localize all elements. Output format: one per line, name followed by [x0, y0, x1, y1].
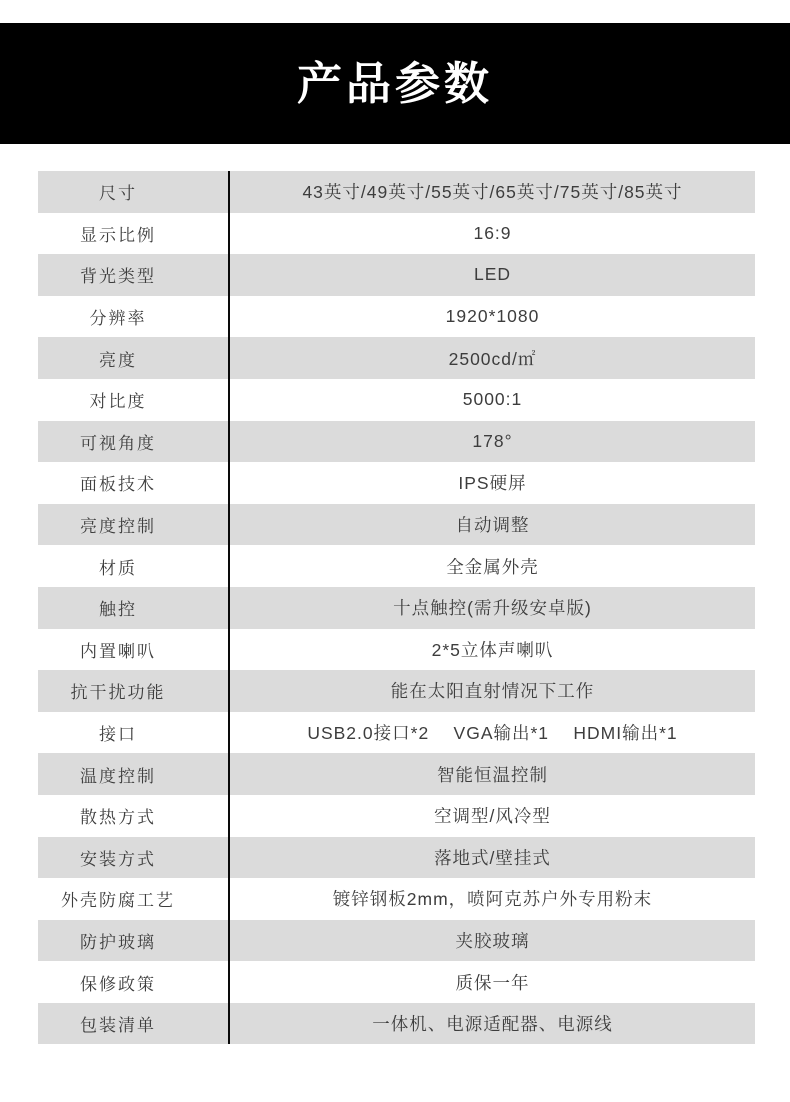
spec-value: 质保一年	[228, 961, 755, 1003]
table-row: 亮度控制自动调整	[38, 504, 755, 546]
table-row: 分辨率1920*1080	[38, 296, 755, 338]
table-row: 材质全金属外壳	[38, 545, 755, 587]
spec-value: 16:9	[228, 213, 755, 255]
table-row: 接口USB2.0接口*2 VGA输出*1 HDMI输出*1	[38, 712, 755, 754]
table-row: 温度控制智能恒温控制	[38, 753, 755, 795]
table-row: 包装清单一体机、电源适配器、电源线	[38, 1003, 755, 1045]
spec-value: IPS硬屏	[228, 462, 755, 504]
spec-label: 触控	[38, 587, 228, 629]
spec-value: 自动调整	[228, 504, 755, 546]
spec-value: 十点触控(需升级安卓版)	[228, 587, 755, 629]
spec-label: 抗干扰功能	[38, 670, 228, 712]
spec-label: 内置喇叭	[38, 629, 228, 671]
spec-value: LED	[228, 254, 755, 296]
table-row: 安装方式落地式/壁挂式	[38, 837, 755, 879]
spec-value: 智能恒温控制	[228, 753, 755, 795]
spec-label: 温度控制	[38, 753, 228, 795]
spec-value: 全金属外壳	[228, 545, 755, 587]
table-row: 可视角度178°	[38, 421, 755, 463]
spec-label: 散热方式	[38, 795, 228, 837]
page-title: 产品参数	[297, 61, 493, 106]
spec-label: 背光类型	[38, 254, 228, 296]
spec-value: 178°	[228, 421, 755, 463]
table-row: 外壳防腐工艺镀锌钢板2mm，喷阿克苏户外专用粉末	[38, 878, 755, 920]
spec-value: 2500cd/㎡	[228, 337, 755, 379]
spec-value: 5000:1	[228, 379, 755, 421]
table-row: 尺寸43英寸/49英寸/55英寸/65英寸/75英寸/85英寸	[38, 171, 755, 213]
spec-label: 显示比例	[38, 213, 228, 255]
spec-label: 可视角度	[38, 421, 228, 463]
spec-value: 镀锌钢板2mm，喷阿克苏户外专用粉末	[228, 878, 755, 920]
title-banner: 产品参数	[0, 23, 790, 144]
table-row: 亮度2500cd/㎡	[38, 337, 755, 379]
spec-label: 分辨率	[38, 296, 228, 338]
spec-label: 安装方式	[38, 837, 228, 879]
table-row: 内置喇叭2*5立体声喇叭	[38, 629, 755, 671]
spec-label: 尺寸	[38, 171, 228, 213]
spec-label: 面板技术	[38, 462, 228, 504]
spec-value: 夹胶玻璃	[228, 920, 755, 962]
table-row: 显示比例16:9	[38, 213, 755, 255]
spec-label: 亮度	[38, 337, 228, 379]
spec-value: 43英寸/49英寸/55英寸/65英寸/75英寸/85英寸	[228, 171, 755, 213]
table-row: 面板技术IPS硬屏	[38, 462, 755, 504]
spec-value: 能在太阳直射情况下工作	[228, 670, 755, 712]
table-row: 背光类型LED	[38, 254, 755, 296]
spec-value: USB2.0接口*2 VGA输出*1 HDMI输出*1	[228, 712, 755, 754]
spec-value: 2*5立体声喇叭	[228, 629, 755, 671]
spec-value: 一体机、电源适配器、电源线	[228, 1003, 755, 1045]
table-row: 保修政策质保一年	[38, 961, 755, 1003]
spec-value: 空调型/风冷型	[228, 795, 755, 837]
table-row: 散热方式空调型/风冷型	[38, 795, 755, 837]
spec-label: 接口	[38, 712, 228, 754]
top-white-strip	[0, 0, 790, 23]
table-row: 抗干扰功能能在太阳直射情况下工作	[38, 670, 755, 712]
spec-value: 落地式/壁挂式	[228, 837, 755, 879]
table-row: 触控十点触控(需升级安卓版)	[38, 587, 755, 629]
table-row: 对比度5000:1	[38, 379, 755, 421]
spec-label: 包装清单	[38, 1003, 228, 1045]
table-row: 防护玻璃夹胶玻璃	[38, 920, 755, 962]
spec-label: 防护玻璃	[38, 920, 228, 962]
spec-label: 材质	[38, 545, 228, 587]
spec-label: 对比度	[38, 379, 228, 421]
spec-label: 保修政策	[38, 961, 228, 1003]
spec-value: 1920*1080	[228, 296, 755, 338]
spec-label: 外壳防腐工艺	[38, 878, 228, 920]
product-spec-table: 尺寸43英寸/49英寸/55英寸/65英寸/75英寸/85英寸显示比例16:9背…	[38, 171, 755, 1044]
spec-label: 亮度控制	[38, 504, 228, 546]
